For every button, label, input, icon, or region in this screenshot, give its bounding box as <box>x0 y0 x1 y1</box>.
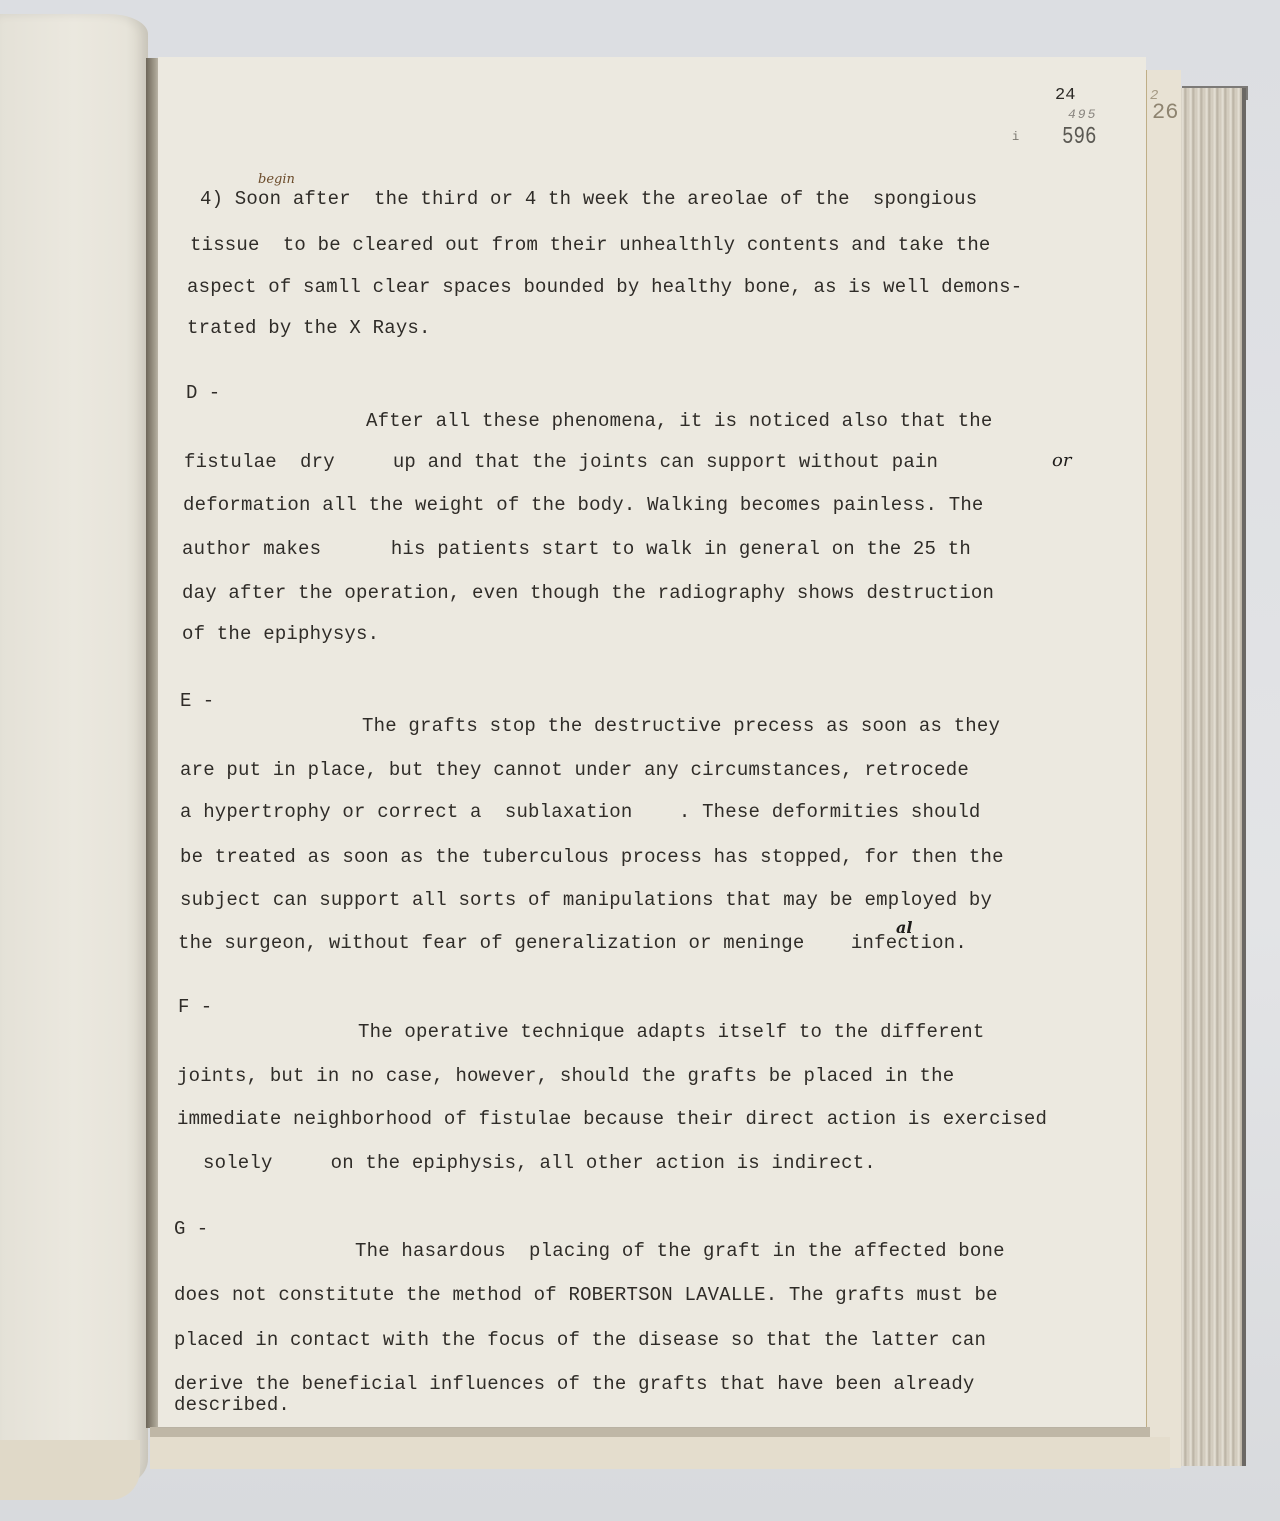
left-facing-page <box>0 14 148 1489</box>
text-line: be treated as soon as the tuberculous pr… <box>180 846 1004 868</box>
tab-number: 26 <box>1152 100 1178 125</box>
page-tab-strip <box>1146 70 1181 1468</box>
text-line: author makes his patients start to walk … <box>182 538 971 560</box>
archive-mark: i <box>1012 130 1019 144</box>
typed-page <box>158 57 1146 1427</box>
text-line: derive the beneficial influences of the … <box>174 1373 975 1395</box>
archive-number: 596 <box>1062 124 1097 151</box>
text-line: immediate neighborhood of fistulae becau… <box>177 1108 1047 1130</box>
handwritten-annotation: al <box>896 918 912 937</box>
text-line: trated by the X Rays. <box>187 317 431 339</box>
text-line: placed in contact with the focus of the … <box>174 1329 986 1351</box>
text-line: are put in place, but they cannot under … <box>180 759 969 781</box>
page-mount-strip <box>150 1437 1170 1469</box>
handwritten-annotation: begin <box>258 172 295 187</box>
section-label-g: G - <box>174 1218 208 1240</box>
page-number: 24 <box>1055 86 1075 105</box>
text-line: The operative technique adapts itself to… <box>358 1021 985 1043</box>
text-line: The grafts stop the destructive precess … <box>362 715 1000 737</box>
text-line: tissue to be cleared out from their unhe… <box>190 234 991 256</box>
handwritten-annotation: or <box>1052 450 1071 471</box>
text-line: solely on the epiphysis, all other actio… <box>203 1152 876 1174</box>
text-line: the surgeon, without fear of generalizat… <box>178 932 967 954</box>
text-line: subject can support all sorts of manipul… <box>180 889 992 911</box>
page-bottom-shadow <box>150 1427 1150 1437</box>
book-page-edges <box>1180 88 1246 1466</box>
text-line: joints, but in no case, however, should … <box>177 1065 954 1087</box>
text-line: day after the operation, even though the… <box>182 582 994 604</box>
text-line: After all these phenomena, it is noticed… <box>366 410 993 432</box>
text-line: a hypertrophy or correct a sublaxation .… <box>180 801 981 823</box>
section-label-d: D - <box>186 382 220 404</box>
text-line: fistulae dry up and that the joints can … <box>184 451 938 473</box>
text-line: does not constitute the method of ROBERT… <box>174 1284 998 1306</box>
text-line: 4) Soon after the third or 4 th week the… <box>200 188 977 210</box>
left-page-bottom-edge <box>0 1440 140 1500</box>
archive-number-crossed: 495 <box>1068 107 1097 122</box>
text-line: aspect of samll clear spaces bounded by … <box>187 276 1022 298</box>
section-label-f: F - <box>178 996 212 1018</box>
section-label-e: E - <box>180 690 214 712</box>
text-line: of the epiphysys. <box>182 623 379 645</box>
text-line: The hasardous placing of the graft in th… <box>355 1240 1005 1262</box>
text-line: described. <box>174 1394 290 1416</box>
text-line: deformation all the weight of the body. … <box>183 494 984 516</box>
